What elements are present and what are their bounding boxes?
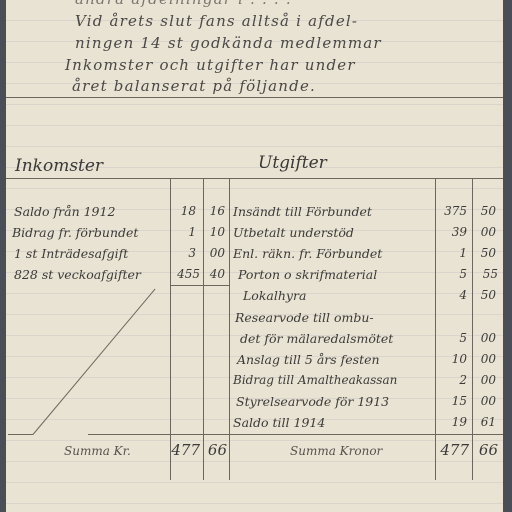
section-divider <box>6 97 503 98</box>
diag-foot <box>8 434 33 435</box>
expense-row-label: Utbetalt understöd <box>233 225 354 240</box>
income-row-ore: 00 <box>205 246 225 260</box>
income-row-ore: 40 <box>205 267 225 281</box>
intro-line-0: andra afdelningar i . . . . <box>75 0 292 8</box>
table-header-rule <box>6 178 503 179</box>
expense-row-label: Anslag till 5 års festen <box>237 352 380 367</box>
expense-total-ore: 66 <box>474 441 498 459</box>
expense-row-label: Researvode till ombu- <box>235 310 374 325</box>
income-row-kronor: 1 <box>172 225 196 239</box>
total-rule <box>88 434 503 435</box>
expense-row-label: Insändt till Förbundet <box>233 204 372 219</box>
income-row-kronor: 3 <box>172 246 196 260</box>
expense-row-label: Enl. räkn. fr. Förbundet <box>233 246 382 261</box>
intro-line-3: Inkomster och utgifter har under <box>65 56 356 74</box>
income-total-kronor: 477 <box>170 441 200 459</box>
expenses-heading: Utgifter <box>258 153 327 173</box>
expense-row-label: det för mälaredalsmötet <box>240 331 393 346</box>
expense-row-kronor: 2 <box>437 373 467 387</box>
income-total-label: Summa Kr. <box>64 444 131 458</box>
expense-row-kronor: 15 <box>437 394 467 408</box>
expense-row-kronor: 5 <box>437 267 467 281</box>
expense-row-ore: 00 <box>474 331 496 345</box>
expense-total-kronor: 477 <box>436 441 469 459</box>
income-subtotal-rule <box>170 285 229 286</box>
income-row-ore: 16 <box>205 204 225 218</box>
income-row-label: 1 st Inträdesafgift <box>14 246 128 261</box>
income-row-label: Bidrag fr. förbundet <box>12 225 138 240</box>
expense-row-label: Styrelsearvode för 1913 <box>236 394 389 409</box>
expense-row-kronor: 5 <box>437 331 467 345</box>
expense-row-label: Lokalhyra <box>243 288 306 303</box>
income-row-kronor: 455 <box>170 267 200 281</box>
income-heading: Inkomster <box>15 156 103 176</box>
intro-line-2: ningen 14 st godkända medlemmar <box>75 34 382 52</box>
expense-row-label: Saldo till 1914 <box>233 415 325 430</box>
income-row-label: Saldo från 1912 <box>14 204 115 219</box>
expense-row-kronor: 10 <box>437 352 467 366</box>
income-row-ore: 10 <box>205 225 225 239</box>
expense-row-ore: 50 <box>474 288 496 302</box>
expense-row-label: Bidrag till Amaltheakassan <box>233 373 397 387</box>
expense-row-ore: 00 <box>474 373 496 387</box>
expense-row-kronor: 375 <box>437 204 467 218</box>
intro-line-4: året balanserat på följande. <box>72 77 316 95</box>
expense-row-ore: 00 <box>474 394 496 408</box>
expense-row-ore: 61 <box>474 415 496 429</box>
expense-row-ore: 00 <box>474 225 496 239</box>
expense-total-label: Summa Kronor <box>290 444 382 458</box>
intro-line-1: Vid årets slut fans alltså i afdel- <box>75 12 358 30</box>
income-row-label: 828 st veckoafgifter <box>14 267 141 282</box>
expense-row-ore: 00 <box>474 352 496 366</box>
expense-row-kronor: 4 <box>437 288 467 302</box>
income-total-ore: 66 <box>205 441 227 459</box>
expense-row-kronor: 19 <box>437 415 467 429</box>
expense-row-kronor: 39 <box>437 225 467 239</box>
income-row-kronor: 18 <box>172 204 196 218</box>
expense-row-ore: 50 <box>474 246 496 260</box>
page-right-edge <box>503 0 512 512</box>
expense-row-ore: 55 <box>474 267 498 281</box>
expense-row-kronor: 1 <box>437 246 467 260</box>
expense-row-label: Porton o skrifmaterial <box>238 267 377 282</box>
expense-row-ore: 50 <box>474 204 496 218</box>
